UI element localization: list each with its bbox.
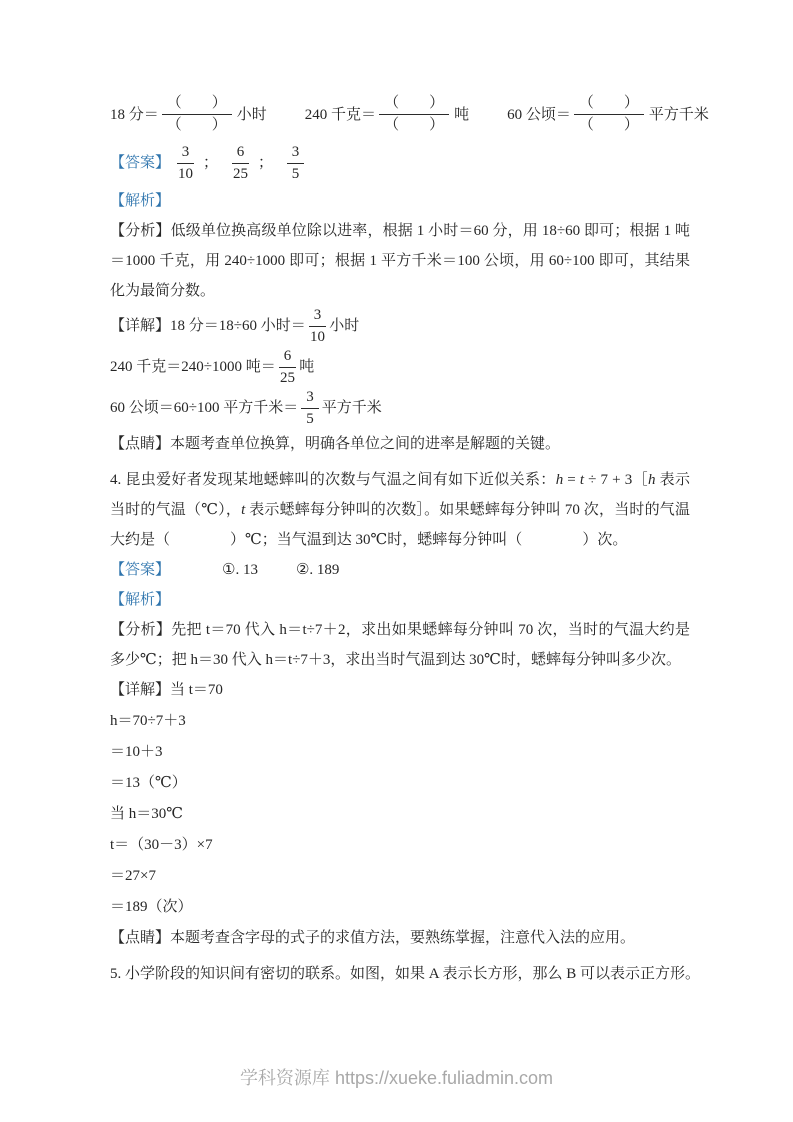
q3-problem-line: 18 分＝ （ ） （ ） 小时 240 千克＝ （ ） （ ） 吨 60 公顷… [110,94,690,135]
dianjing-label: 【点睛】 [110,930,170,946]
q3-detail-line: 60 公顷＝60÷100 平方千米＝35平方千米 [110,388,690,429]
footer-site-text: 学科资源库 https://xueke.fuliadmin.com [240,1068,553,1088]
q4-detail-block: 【详解】当 t＝70 h＝70÷7＋3 ＝10＋3 ＝13（℃） 当 h＝30℃… [110,675,690,923]
dianjing-text: 本题考查含字母的式子的求值方法，要熟练掌握，注意代入法的应用。 [170,930,635,946]
answer-separator: ； [203,155,218,171]
q4-lead-text: 4. 昆虫爱好者发现某地蟋蟀叫的次数与气温之间有如下近似关系： [110,472,556,488]
q4-detail-line: 【详解】当 t＝70 [110,675,690,706]
fraction-denominator: （ ） [579,115,639,135]
answer-label: 【答案】 [110,562,170,578]
q4-jiexi-line: 【解析】 [110,585,690,615]
detail-fraction: 35 [301,388,319,429]
answer-item-2: ②. 189 [296,562,339,578]
answer-separator: ； [258,155,273,171]
formula-operation: ÷ 7 + 3 [584,472,632,488]
fraction-blank: （ ） （ ） [162,94,232,135]
q4-detail-line: ＝27×7 [110,861,690,892]
expression-pre-text: 18 分＝ [110,100,159,130]
answer-label: 【答案】 [110,155,170,171]
fraction-numerator: （ ） [379,94,449,115]
q3-detail-line: 【详解】18 分＝18÷60 小时＝310小时 [110,306,690,347]
q4-detail-line: ＝10＋3 [110,737,690,768]
analysis-text: 低级单位换高级单位除以进率，根据 1 小时＝60 分，用 18÷60 即可；根据… [110,223,690,299]
detail-fraction: 625 [279,347,297,388]
analysis-text: 先把 t＝70 代入 h＝t÷7＋2，求出如果蟋蟀每分钟叫 70 次，当时的气温… [110,622,690,668]
detail-post-text: 平方千米 [322,400,382,416]
expression-pre-text: 60 公顷＝ [507,100,571,130]
bracket-open: ［ [632,472,648,488]
document-content: 18 分＝ （ ） （ ） 小时 240 千克＝ （ ） （ ） 吨 60 公顷… [110,94,690,989]
fraction-numerator: （ ） [574,94,644,115]
q3-analysis-paragraph: 【分析】低级单位换高级单位除以进率，根据 1 小时＝60 分，用 18÷60 即… [110,216,690,306]
fenxi-label: 【分析】 [110,622,171,638]
fraction-denominator: 5 [292,164,300,184]
detail-post-text: 小时 [329,318,359,334]
expression-pre-text: 240 千克＝ [305,100,376,130]
q4-dianjing-line: 【点睛】本题考查含字母的式子的求值方法，要熟练掌握，注意代入法的应用。 [110,923,690,953]
page-footer: 学科资源库 https://xueke.fuliadmin.com [0,1064,793,1092]
detail-pre-text: 240 千克＝240÷1000 吨＝ [110,359,276,375]
answer-fraction: 3 10 [177,143,195,184]
dianjing-text: 本题考查单位换算，明确各单位之间的进率是解题的关键。 [170,436,560,452]
xiangjie-label: 【详解】 [110,318,170,334]
detail-pre-text: 60 公顷＝60÷100 平方千米＝ [110,400,298,416]
q3-answer-line: 【答案】 3 10 ； 6 25 ； 3 5 [110,143,690,184]
q4-detail-line: h＝70÷7＋3 [110,706,690,737]
q4-detail-line: 当 h＝30℃ [110,799,690,830]
fraction-denominator: 25 [280,368,295,388]
fraction-numerator: （ ） [162,94,232,115]
fraction-numerator: 3 [309,306,327,327]
q5-problem-line: 5. 小学阶段的知识间有密切的联系。如图，如果 A 表示长方形，那么 B 可以表… [110,959,690,989]
answer-fraction: 3 5 [287,143,305,184]
fraction-blank: （ ） （ ） [379,94,449,135]
q4-answer-line: 【答案】①. 13②. 189 [110,555,690,585]
q4-detail-line: ＝189（次） [110,892,690,923]
q4-detail-line: t＝（30－3）×7 [110,830,690,861]
q4-detail-line: ＝13（℃） [110,768,690,799]
fraction-numerator: 3 [287,143,305,164]
fraction-denominator: 10 [178,164,193,184]
unit-conversion-expression-kilograms: 240 千克＝ （ ） （ ） 吨 [305,94,469,135]
fraction-denominator: 5 [306,409,314,429]
fraction-blank: （ ） （ ） [574,94,644,135]
dianjing-label: 【点睛】 [110,436,170,452]
answer-item-1: ①. 13 [222,562,258,578]
fraction-denominator: （ ） [167,115,227,135]
fraction-denominator: 10 [310,327,325,347]
jiexi-label: 【解析】 [110,193,170,209]
detail-text: 当 t＝70 [170,682,223,698]
detail-fraction: 310 [309,306,327,347]
detail-post-text: 吨 [299,359,314,375]
jiexi-label: 【解析】 [110,592,170,608]
formula-equals: = [563,472,580,488]
q3-dianjing-line: 【点睛】本题考查单位换算，明确各单位之间的进率是解题的关键。 [110,429,690,459]
expression-post-text: 小时 [237,100,267,130]
expression-post-text: 吨 [454,100,469,130]
document-page: 18 分＝ （ ） （ ） 小时 240 千克＝ （ ） （ ） 吨 60 公顷… [0,0,793,1122]
fraction-denominator: （ ） [384,115,444,135]
fraction-denominator: 25 [233,164,248,184]
answer-fraction: 6 25 [232,143,250,184]
q4-problem-paragraph: 4. 昆虫爱好者发现某地蟋蟀叫的次数与气温之间有如下近似关系：h = t ÷ 7… [110,465,690,555]
detail-pre-text: 18 分＝18÷60 小时＝ [170,318,306,334]
expression-post-text: 平方千米 [649,100,709,130]
unit-conversion-expression-minutes: 18 分＝ （ ） （ ） 小时 [110,94,267,135]
fraction-numerator: 6 [232,143,250,164]
q3-detail-line: 240 千克＝240÷1000 吨＝625吨 [110,347,690,388]
q3-jiexi-line: 【解析】 [110,186,690,216]
fenxi-label: 【分析】 [110,223,171,239]
fraction-numerator: 3 [177,143,195,164]
unit-conversion-expression-hectares: 60 公顷＝ （ ） （ ） 平方千米 [507,94,709,135]
q4-analysis-paragraph: 【分析】先把 t＝70 代入 h＝t÷7＋2，求出如果蟋蟀每分钟叫 70 次，当… [110,615,690,675]
fraction-numerator: 3 [301,388,319,409]
fraction-numerator: 6 [279,347,297,368]
xiangjie-label: 【详解】 [110,682,170,698]
